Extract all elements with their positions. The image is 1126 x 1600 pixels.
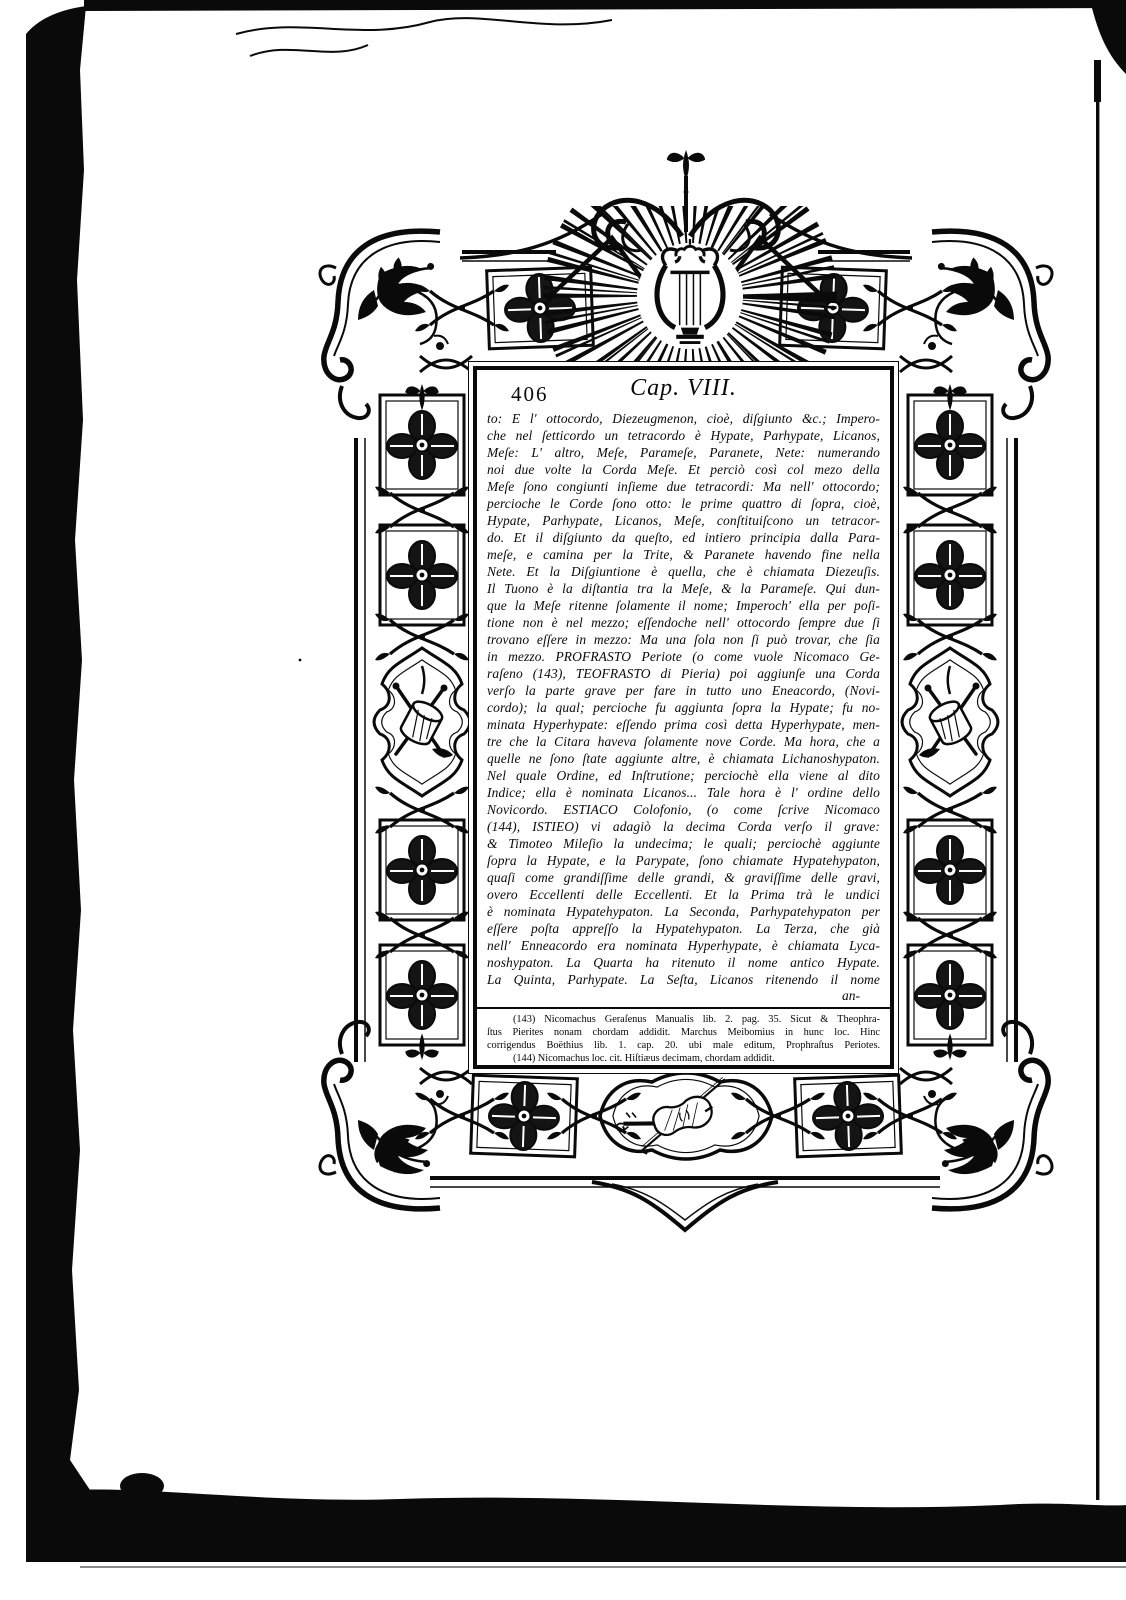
speck: [299, 659, 302, 662]
text-line: Meſe ſono congiunti inſieme due tetracor…: [487, 478, 880, 495]
text-line: do. Et il diſgiunto da queſto, ed intier…: [487, 529, 880, 546]
drum-icon: [919, 666, 980, 757]
rosette-icon: [812, 1081, 884, 1151]
right-ornament-band: [902, 384, 998, 1060]
text-line: ſopra la Hypate, e la Parypate, ſono chi…: [487, 852, 880, 869]
x-foliage-icon: [547, 1093, 641, 1140]
x-foliage-icon: [863, 285, 957, 332]
paper-tear-mark: [236, 18, 612, 56]
text-line: Il Tuono è la diſtantia tra la Meſe, & l…: [487, 580, 880, 597]
text-line: corrigendus Boëthius lib. 1. cap. 20. ub…: [487, 1039, 880, 1052]
chapter-heading: Cap. VIII.: [487, 375, 880, 402]
scan-edge-left: [26, 6, 100, 1505]
rosette-icon: [387, 541, 457, 609]
corner-scroll-top-right: [900, 231, 1052, 418]
text-line: in mezzo. PROFRASTO Periote (o come vuol…: [487, 648, 880, 665]
scanned-book-page: 406 Cap. VIII. to: E l' ottocordo, Dieze…: [0, 0, 1126, 1600]
fleur-icon: [405, 1033, 439, 1060]
page-header: 406 Cap. VIII.: [487, 373, 880, 410]
text-line: to: E l' ottocordo, Diezeugmenon, cioè, …: [487, 410, 880, 427]
text-line: ſtus Pierites nonam chordam addidit. Mar…: [487, 1026, 880, 1039]
text-line: (144), ISTIEO) vi adagiò la decima Corda…: [487, 818, 880, 835]
rosette-icon: [915, 961, 985, 1029]
text-line: è nominata Hypatehypaton. La Seconda, Pa…: [487, 903, 880, 920]
page-content: 406 Cap. VIII. to: E l' ottocordo, Dieze…: [477, 370, 890, 1065]
scan-edge-right-line: [1096, 60, 1099, 1500]
text-line: Novicordo. ESTIACO Colofonio, (o come ſc…: [487, 801, 880, 818]
rosette-icon: [387, 961, 457, 1029]
text-line: (143) Nicomachus Geraſenus Manualis lib.…: [487, 1013, 880, 1026]
text-line: quelle ne ſono ſtate aggiunte altre, è c…: [487, 750, 880, 767]
scan-edge-bottom: [26, 1490, 1126, 1562]
x-foliage-icon: [731, 1093, 825, 1140]
text-frame: 406 Cap. VIII. to: E l' ottocordo, Dieze…: [468, 361, 899, 1074]
text-line: trovano eſſere in mezzo: Ma una ſola non…: [487, 631, 880, 648]
fleur-icon: [405, 384, 439, 411]
text-line: eſſere poſta appreſſo la Hypatehypaton. …: [487, 920, 880, 937]
ink-smudge: [120, 1473, 164, 1499]
corner-scroll-bottom-right: [900, 1022, 1052, 1209]
bottom-pendant-scroll: [592, 1182, 778, 1230]
text-line: Hypate, Parhypate, Licanos, Meſe, conſti…: [487, 512, 880, 529]
footnote-rule: [477, 1007, 890, 1009]
text-line: La Quinta, Parhypate. La Seſta, Licanos …: [487, 971, 880, 988]
fleur-icon: [933, 1033, 967, 1060]
violin-icon: [611, 1077, 738, 1160]
violin-cartouche: [600, 1073, 772, 1160]
text-line: (144) Nicomachus loc. cit. Hiſtiæus deci…: [487, 1052, 880, 1065]
drum-icon: [393, 666, 454, 757]
rosette-icon: [387, 411, 457, 479]
text-line: meſe, e camina per la Trite, & Paranete …: [487, 546, 880, 563]
text-line: quaſi come grandiſſime delle grandi, & g…: [487, 869, 880, 886]
text-line: verſo la parte grave per fare in tutto u…: [487, 682, 880, 699]
text-line: & Timoteo Mileſio la undecima; le quali;…: [487, 835, 880, 852]
scan-edge-right-thick: [1094, 60, 1101, 102]
text-line: percioche le Corde ſono otto: le prime q…: [487, 495, 880, 512]
rosette-icon: [915, 836, 985, 904]
footnotes: (143) Nicomachus Geraſenus Manualis lib.…: [487, 1013, 880, 1065]
text-line: minata Hyperhypate: eſſendo prima così d…: [487, 716, 880, 733]
drum-cartouche: [374, 648, 470, 796]
fleur-finial-icon: [667, 150, 705, 180]
text-line: Indice; ella è nominata Licanos... Tale …: [487, 784, 880, 801]
corner-scroll-bottom-left: [320, 1022, 472, 1209]
scan-bottom-thin-line: [80, 1566, 1126, 1568]
rosette-icon: [915, 411, 985, 479]
text-line: que la Meſe ritenne ſolamente il nome; I…: [487, 597, 880, 614]
fleur-icon: [933, 384, 967, 411]
text-line: raſeno (143), TEOFRASTO di Pieria) poi a…: [487, 665, 880, 682]
rosette-icon: [488, 1081, 560, 1151]
text-line: Meſe: L' altro, Meſe, Parameſe, Paranete…: [487, 444, 880, 461]
x-foliage-icon: [903, 614, 997, 661]
text-line: Nete. Et la Diſgiuntione è quella, che è…: [487, 563, 880, 580]
text-line: noshypaton. La Quarta ha ritenuto il nom…: [487, 954, 880, 971]
catchword: an-: [487, 988, 880, 1003]
left-ornament-band: [374, 384, 470, 1060]
rosette-panel: [471, 1075, 578, 1157]
corner-scroll-top-left: [320, 231, 472, 418]
rosette-icon: [387, 836, 457, 904]
text-line: tre che la Citara haveva ſolamente nove …: [487, 733, 880, 750]
text-line: noi due volte la Corda Meſe. Et perciò c…: [487, 461, 880, 478]
text-line: cordo); la qual; percioche fu aggiunta ſ…: [487, 699, 880, 716]
text-frame-inner-rule: 406 Cap. VIII. to: E l' ottocordo, Dieze…: [473, 366, 894, 1069]
text-line: Nel quale Ordine, ed Inſtrutione; percio…: [487, 767, 880, 784]
text-line: nell' Enneacordo era nominata Hyperhypat…: [487, 937, 880, 954]
text-line: overo Eccellenti delle Eccellenti. Et la…: [487, 886, 880, 903]
text-line: che nel ſetticordo un tetracordo è Hypat…: [487, 427, 880, 444]
text-line: tione non è nel mezzo; eſſendoche nell' …: [487, 614, 880, 631]
body-text: to: E l' ottocordo, Diezeugmenon, cioè, …: [487, 410, 880, 988]
bottom-ornament-band: [415, 1073, 957, 1160]
scan-edge-top: [84, 0, 1126, 11]
drum-cartouche: [902, 648, 998, 796]
rosette-icon: [915, 541, 985, 609]
rosette-panel: [795, 1075, 902, 1157]
x-foliage-icon: [375, 614, 469, 661]
